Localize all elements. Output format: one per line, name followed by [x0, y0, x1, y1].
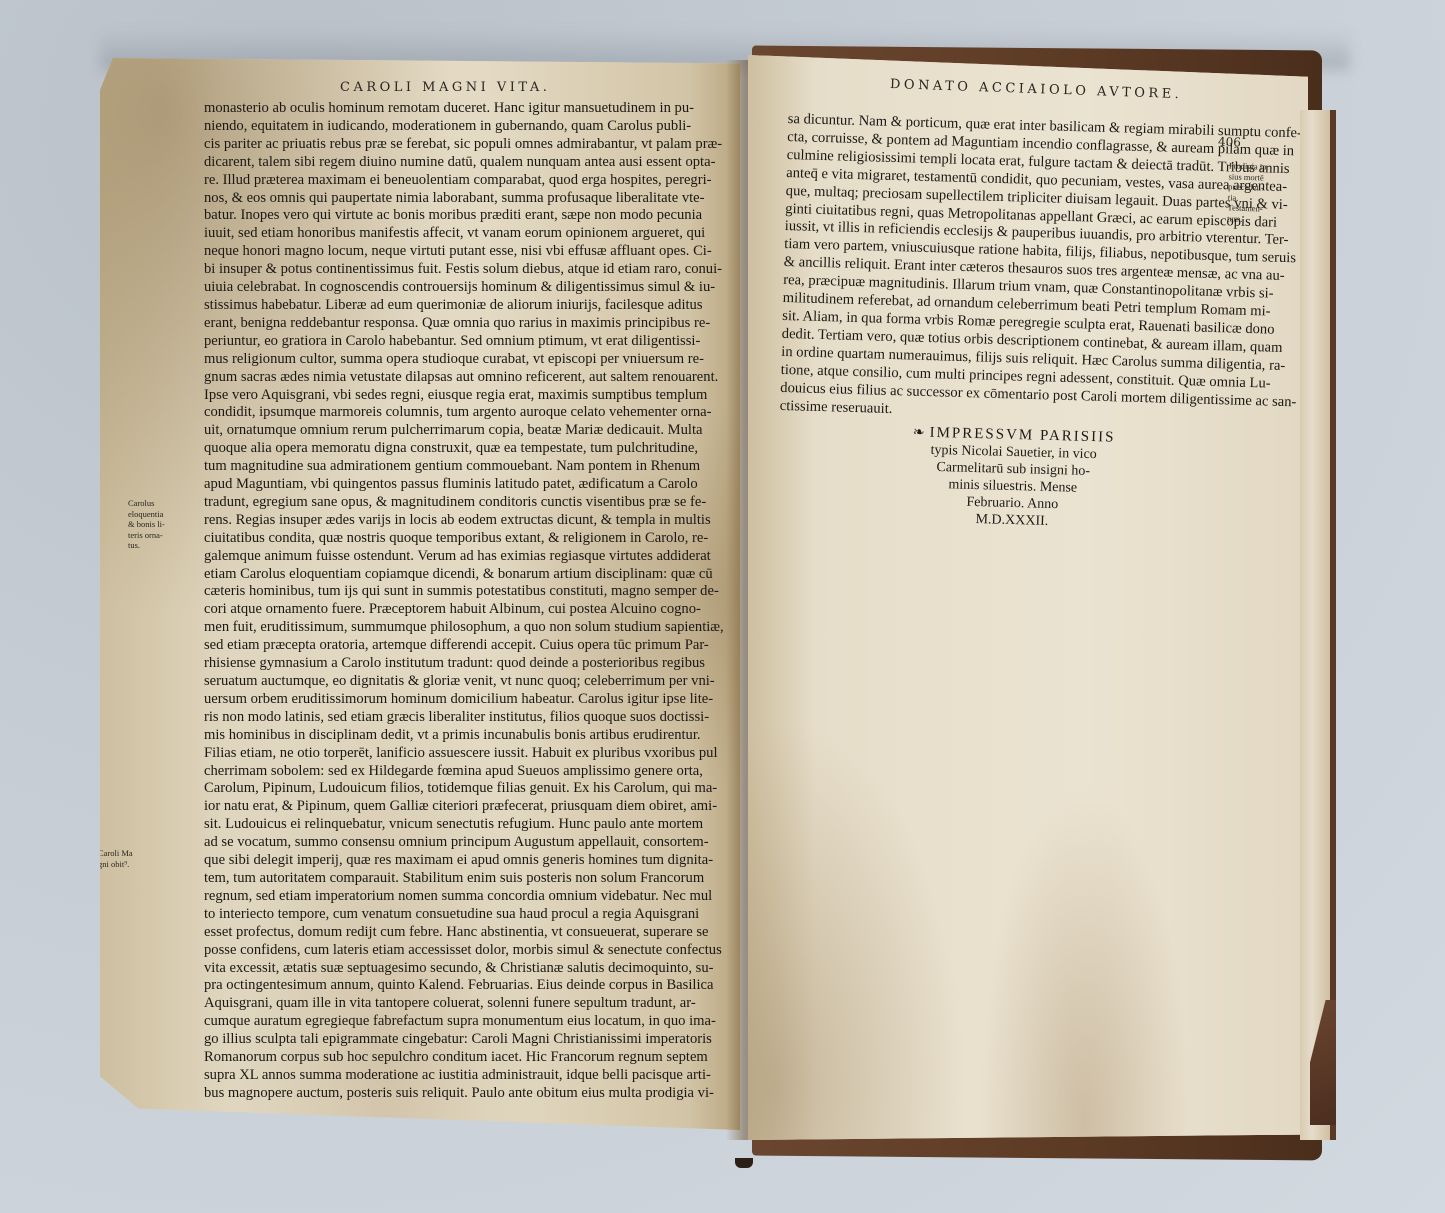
text-line: ciuitatibus condita, quæ nostris quoque …	[204, 530, 704, 548]
colophon: ❧IMPRESSVM PARISIIS typis Nicolai Saueti…	[877, 423, 1150, 532]
marginal-note-obitus: Caroli Magni obit⁹.	[98, 848, 133, 869]
marginal-note-eloquentia: Caroluseloquentia& bonis li-teris orna-t…	[128, 498, 165, 551]
text-line: rhisiense gymnasium a Carolo institutum …	[204, 655, 704, 673]
text-line: posse confidens, cum lateris etiam acces…	[204, 942, 704, 960]
text-line: gnum sacras ædes nimia vetustate dilapsa…	[204, 369, 704, 387]
marginal-line: tum.	[1227, 213, 1265, 225]
text-line: sed etiam præcepta oratoria, artemque di…	[204, 637, 704, 655]
text-line: condidit, ipsumque marmoreis columnis, t…	[204, 404, 704, 422]
text-line: cori atque ornamento fuere. Præceptorem …	[204, 601, 704, 619]
text-line: esset profectus, domum redijt cum febre.…	[204, 924, 704, 942]
marginal-line: Prodigia ip	[1229, 160, 1267, 172]
text-line: supra XL annos summa moderatione ac iust…	[204, 1067, 704, 1085]
text-line: men fuit, eruditissimum, summumque philo…	[204, 619, 704, 637]
fleuron-icon: ❧	[913, 425, 927, 440]
marginal-line: tus.	[128, 540, 165, 551]
text-line: dicarent, talem sibi regem diuino numine…	[204, 154, 704, 172]
text-line: Filias etiam, ne otio torperēt, lanifici…	[204, 745, 704, 763]
text-line: seruatum auctumque, eo dignitatis & glor…	[204, 673, 704, 691]
text-line: etiam Carolus eloquentiam copiamque dice…	[204, 566, 704, 584]
spine-bottom	[735, 1158, 753, 1168]
text-line: iuuit, sed etiam honoribus manifestis af…	[204, 225, 704, 243]
text-line: ris non modo latinis, sed etiam græcis l…	[204, 709, 704, 727]
text-line: tradunt, egregium sane opus, & magnitudi…	[204, 494, 704, 512]
text-line: periuntur, eo gratiora in Carolo habeban…	[204, 333, 704, 351]
marginal-line: Caroli Ma	[98, 848, 133, 859]
text-line: bus magnopere auctum, posteris suis reli…	[204, 1085, 704, 1103]
text-line: Carolum, Pipinum, Ludouicum filios, toti…	[204, 780, 704, 798]
text-line: cis pariter ac priuatis rebus præ se fer…	[204, 136, 704, 154]
text-line: uit, ornatumque omnium rerum pulcherrima…	[204, 422, 704, 440]
text-line: apud Maguntiam, vbi quingentos passus fl…	[204, 476, 704, 494]
marginal-line: præceden-	[1228, 181, 1266, 193]
text-line: go illius sculpta tali epigrammate cinge…	[204, 1031, 704, 1049]
text-line: re. Illud præterea maximam ei beneuolent…	[204, 172, 704, 190]
text-line: nos, & eos omnis qui paupertate nimia la…	[204, 190, 704, 208]
text-line: niendo, equitatem in iudicando, moderati…	[204, 118, 704, 136]
text-line: mis hominibus in disciplinam dedit, vt a…	[204, 727, 704, 745]
text-line: Ipse vero Aquisgrani, vbi sedes regni, e…	[204, 387, 704, 405]
marginal-note-prodigia: Prodigia ipsius mortēpræceden-tia.Testam…	[1227, 160, 1267, 224]
left-page-body: monasterio ab oculis hominum remotam duc…	[204, 100, 704, 1103]
text-line: batur. Inopes vero qui virtute ac bonis …	[204, 207, 704, 225]
right-page-body: sa dicuntur. Nam & porticum, quæ erat in…	[780, 111, 1305, 430]
marginal-line: teris orna-	[128, 530, 165, 541]
text-line: que sibi delegit imperij, quæ res maxima…	[204, 852, 704, 870]
text-line: Romanorum corpus sub hoc sepulchro condi…	[204, 1049, 704, 1067]
text-line: cumque auratum egregieque fabrefactum su…	[204, 1013, 704, 1031]
text-line: tem, tum autoritatem comparauit. Stabili…	[204, 870, 704, 888]
left-running-head: CAROLI MAGNI VITA.	[340, 80, 550, 95]
text-line: regnum, sed etiam imperatorium nomen sum…	[204, 888, 704, 906]
text-line: cæteris hominibus, tum ijs qui sunt in s…	[204, 583, 704, 601]
text-line: vita excessit, ætatis suæ septuagesimo s…	[204, 960, 704, 978]
text-line: mus religionum cultor, summa opera studi…	[204, 351, 704, 369]
text-line: tum magnitudine sua admirationem gentium…	[204, 458, 704, 476]
marginal-line: gni obit⁹.	[98, 859, 133, 870]
text-line: ad se vocatum, summo consensu omnium pri…	[204, 834, 704, 852]
text-line: ior natu erat, & Pipinum, quem Galliæ ci…	[204, 798, 704, 816]
text-line: neque honori magno locum, neque virtuti …	[204, 243, 704, 261]
marginal-line: & bonis li-	[128, 519, 165, 530]
text-line: uiuia celebrabat. In cognoscendis contro…	[204, 279, 704, 297]
marginal-line: eloquentia	[128, 509, 165, 520]
right-page: DONATO ACCIAIOLO AVTORE. 406 sa dicuntur…	[748, 55, 1308, 1140]
text-line: stissimus habebatur. Liberæ ad eum queri…	[204, 297, 704, 315]
text-line: bi insuper & potus continentissimus fuit…	[204, 261, 704, 279]
text-line: Aquisgrani, quam ille in vita tantopere …	[204, 995, 704, 1013]
text-line: galemque animum fuisse ostendunt. Verum …	[204, 548, 704, 566]
text-line: uersum orbem eruditissimorum hominum dom…	[204, 691, 704, 709]
text-line: sit. Ludouicus ei relinquebatur, vnicum …	[204, 816, 704, 834]
left-page: CAROLI MAGNI VITA. monasterio ab oculis …	[100, 58, 740, 1130]
text-line: quoque alia opera memoratu digna constru…	[204, 440, 704, 458]
text-line: rens. Regias insuper ædes varijs in loci…	[204, 512, 704, 530]
text-line: erant, benigna reddebantur responsa. Quæ…	[204, 315, 704, 333]
text-line: cherrimam sobolem: sed ex Hildegarde fœm…	[204, 763, 704, 781]
text-line: monasterio ab oculis hominum remotam duc…	[204, 100, 704, 118]
text-line: pra octingentesimum annum, quinto Kalend…	[204, 977, 704, 995]
right-running-head: DONATO ACCIAIOLO AVTORE.	[890, 77, 1183, 102]
page-edges	[1300, 110, 1336, 1140]
marginal-line: Testamen-	[1227, 202, 1265, 214]
text-line: to interiecto tempore, cum venatum consu…	[204, 906, 704, 924]
marginal-line: Carolus	[128, 498, 165, 509]
